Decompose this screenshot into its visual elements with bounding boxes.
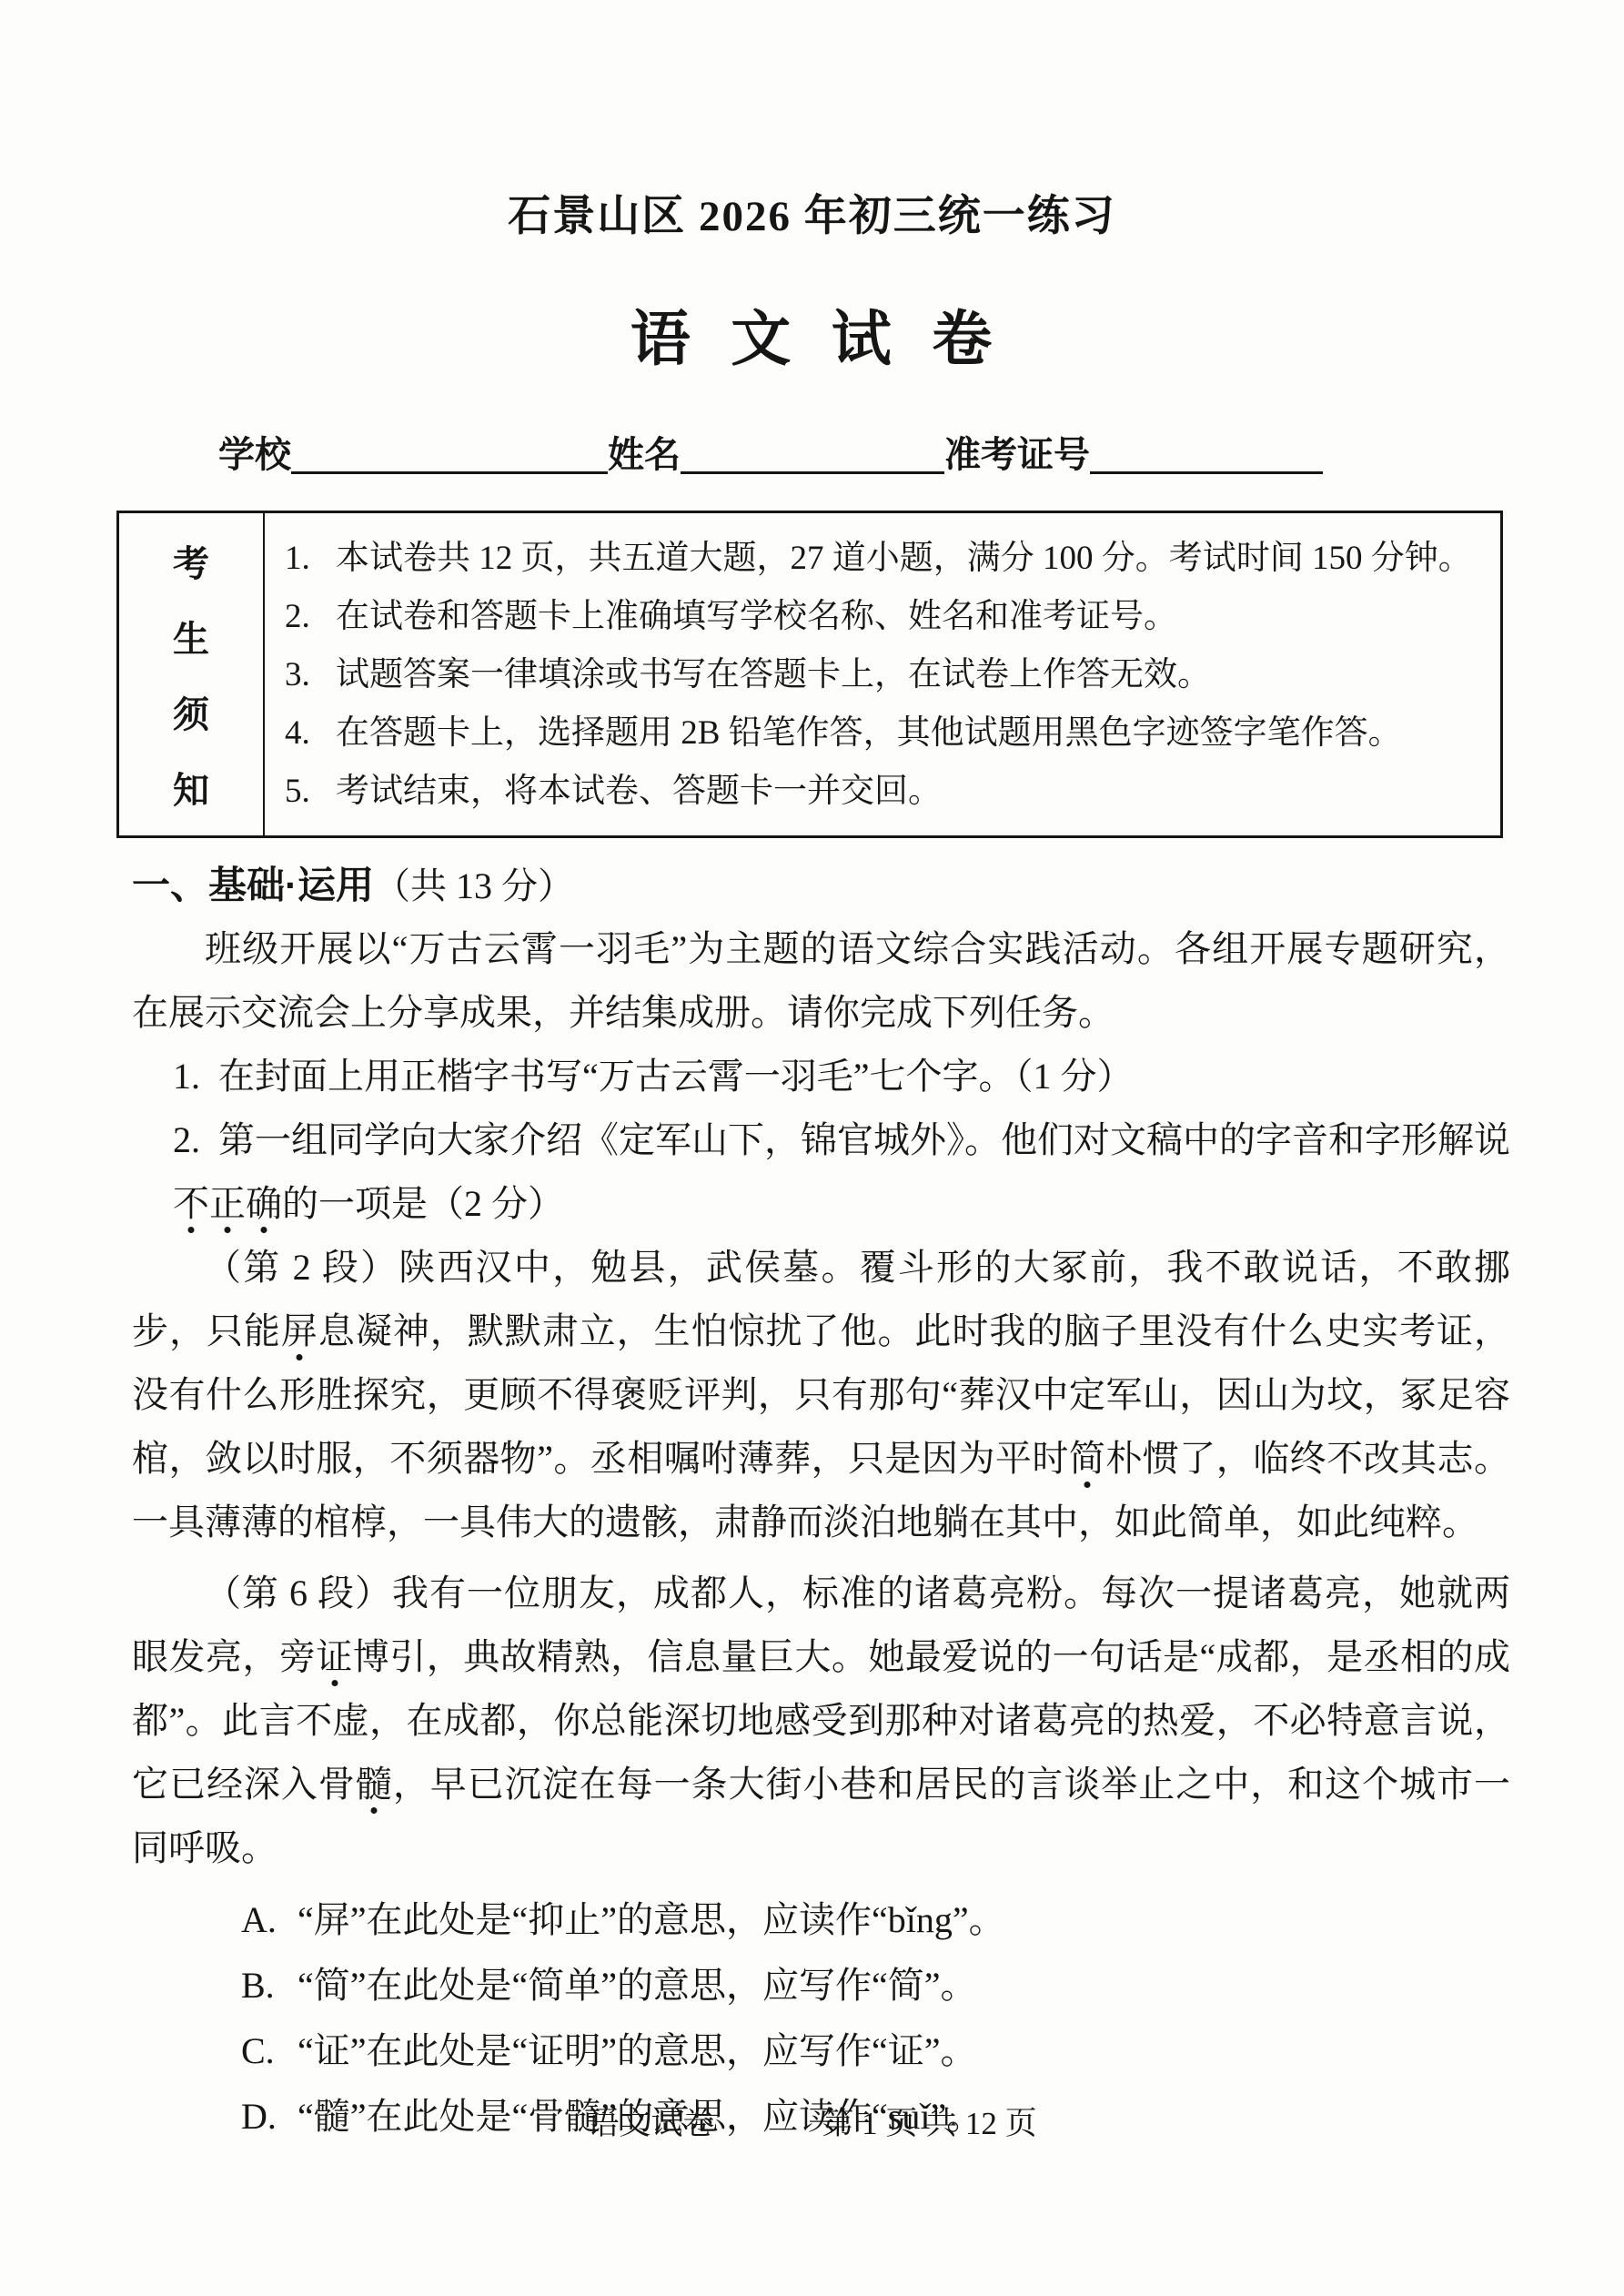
emphasized-char: 证 xyxy=(316,1636,352,1677)
notice-item: 2. 在试卷和答题卡上准确填写学校名称、姓名和准考证号。 xyxy=(285,588,1482,646)
question-2-text: 第一组同学向大家介绍《定军山下，锦官城外》。他们对文稿中的字音和字形解说 xyxy=(218,1119,1510,1160)
notice-side-label: 考 生 须 知 xyxy=(119,513,265,835)
emphasized-char: 髓 xyxy=(356,1764,393,1805)
paragraph-label: （第 2 段） xyxy=(205,1247,398,1288)
question-1-number: 1. xyxy=(173,1056,200,1097)
notice-side-char: 生 xyxy=(173,611,209,663)
exam-id-label: 准考证号 xyxy=(944,434,1090,475)
emphasized-char: 不 xyxy=(173,1183,209,1224)
notice-item-number: 2. xyxy=(285,588,336,646)
option-b: B.“简”在此处是“简单”的意思，应写作“简”。 xyxy=(241,1953,1510,2018)
notice-items: 1. 本试卷共 12 页，共五道大题，27 道小题，满分 100 分。考试时间 … xyxy=(265,513,1500,835)
emphasized-char: 确 xyxy=(246,1183,282,1224)
option-c-label: C. xyxy=(241,2018,298,2084)
notice-item-number: 3. xyxy=(285,646,336,704)
paragraph-label: （第 6 段） xyxy=(205,1573,392,1613)
student-info-line: 学校姓名准考证号 xyxy=(0,426,1624,478)
notice-item-text: 本试卷共 12 页，共五道大题，27 道小题，满分 100 分。考试时间 150… xyxy=(336,530,1482,588)
notice-item-number: 1. xyxy=(285,530,336,588)
notice-item-text: 在试卷和答题卡上准确填写学校名称、姓名和准考证号。 xyxy=(336,588,1482,646)
footer-page-number: 第 1 页 共 12 页 xyxy=(822,2099,1036,2144)
notice-item-text: 在答题卡上，选择题用 2B 铅笔作答，其他试题用黑色字迹签字笔作答。 xyxy=(336,704,1482,763)
emphasized-char: 简 xyxy=(1069,1438,1105,1479)
name-label: 姓名 xyxy=(608,434,681,475)
question-1: 1.在封面上用正楷字书写“万古云霄一羽毛”七个字。（1 分） xyxy=(173,1045,1510,1108)
notice-item: 5. 考试结束，将本试卷、答题卡一并交回。 xyxy=(285,763,1482,821)
notice-item: 3. 试题答案一律填涂或书写在答题卡上，在试卷上作答无效。 xyxy=(285,646,1482,704)
excerpt-paragraph-2: （第 2 段）陕西汉中，勉县，武侯墓。覆斗形的大冢前，我不敢说话，不敢挪步，只能… xyxy=(132,1236,1510,1554)
section-1-heading-points: （共 13 分） xyxy=(374,865,574,906)
question-2: 2.第一组同学向大家介绍《定军山下，锦官城外》。他们对文稿中的字音和字形解说不正… xyxy=(173,1108,1510,1236)
option-c: C.“证”在此处是“证明”的意思，应写作“证”。 xyxy=(241,2018,1510,2084)
section-intro-paragraph: 班级开展以“万古云霄一羽毛”为主题的语文综合实践活动。各组开展专题研究，在展示交… xyxy=(132,917,1510,1045)
notice-item-number: 5. xyxy=(285,763,336,821)
question-2-number: 2. xyxy=(173,1119,200,1160)
exam-id-blank-line xyxy=(1090,444,1323,474)
emphasized-char: 正 xyxy=(209,1183,246,1224)
school-label: 学校 xyxy=(218,434,291,475)
exam-session-title: 石景山区 2026 年初三统一练习 xyxy=(0,182,1624,243)
school-blank-line xyxy=(291,444,608,474)
notice-side-char: 知 xyxy=(173,762,209,814)
option-a-text: “屏”在此处是“抑止”的意思，应读作“bǐng”。 xyxy=(298,1899,1005,1940)
question-1-text: 在封面上用正楷字书写“万古云霄一羽毛”七个字。（1 分） xyxy=(218,1056,1134,1097)
notice-item: 4. 在答题卡上，选择题用 2B 铅笔作答，其他试题用黑色字迹签字笔作答。 xyxy=(285,704,1482,763)
notice-side-char: 须 xyxy=(173,686,209,738)
paper-body: 班级开展以“万古云霄一羽毛”为主题的语文综合实践活动。各组开展专题研究，在展示交… xyxy=(132,917,1510,2149)
page-footer: 语文试卷 第 1 页 共 12 页 xyxy=(0,2099,1624,2144)
section-1-heading: 一、基础·运用（共 13 分） xyxy=(132,860,1624,912)
question-2-text: 的一项是（2 分） xyxy=(282,1183,564,1224)
excerpt-paragraph-6: （第 6 段）我有一位朋友，成都人，标准的诸葛亮粉。每次一提诸葛亮，她就两眼发亮… xyxy=(132,1562,1510,1880)
notice-item-text: 试题答案一律填涂或书写在答题卡上，在试卷上作答无效。 xyxy=(336,646,1482,704)
option-a-label: A. xyxy=(241,1887,298,1953)
candidate-notice-box: 考 生 须 知 1. 本试卷共 12 页，共五道大题，27 道小题，满分 100… xyxy=(116,511,1503,838)
section-1-heading-title: 一、基础·运用 xyxy=(132,864,374,906)
option-c-text: “证”在此处是“证明”的意思，应写作“证”。 xyxy=(298,2030,977,2071)
notice-item: 1. 本试卷共 12 页，共五道大题，27 道小题，满分 100 分。考试时间 … xyxy=(285,530,1482,588)
footer-paper-name: 语文试卷 xyxy=(587,2099,714,2144)
notice-side-char: 考 xyxy=(173,535,209,587)
paper-title: 语 文 试 卷 xyxy=(0,290,1624,377)
option-b-label: B. xyxy=(241,1953,298,2018)
notice-item-number: 4. xyxy=(285,704,336,763)
option-b-text: “简”在此处是“简单”的意思，应写作“简”。 xyxy=(298,1965,977,2006)
name-blank-line xyxy=(681,444,944,474)
option-a: A.“屏”在此处是“抑止”的意思，应读作“bǐng”。 xyxy=(241,1887,1510,1953)
emphasized-char: 屏 xyxy=(281,1310,318,1351)
notice-item-text: 考试结束，将本试卷、答题卡一并交回。 xyxy=(336,763,1482,821)
